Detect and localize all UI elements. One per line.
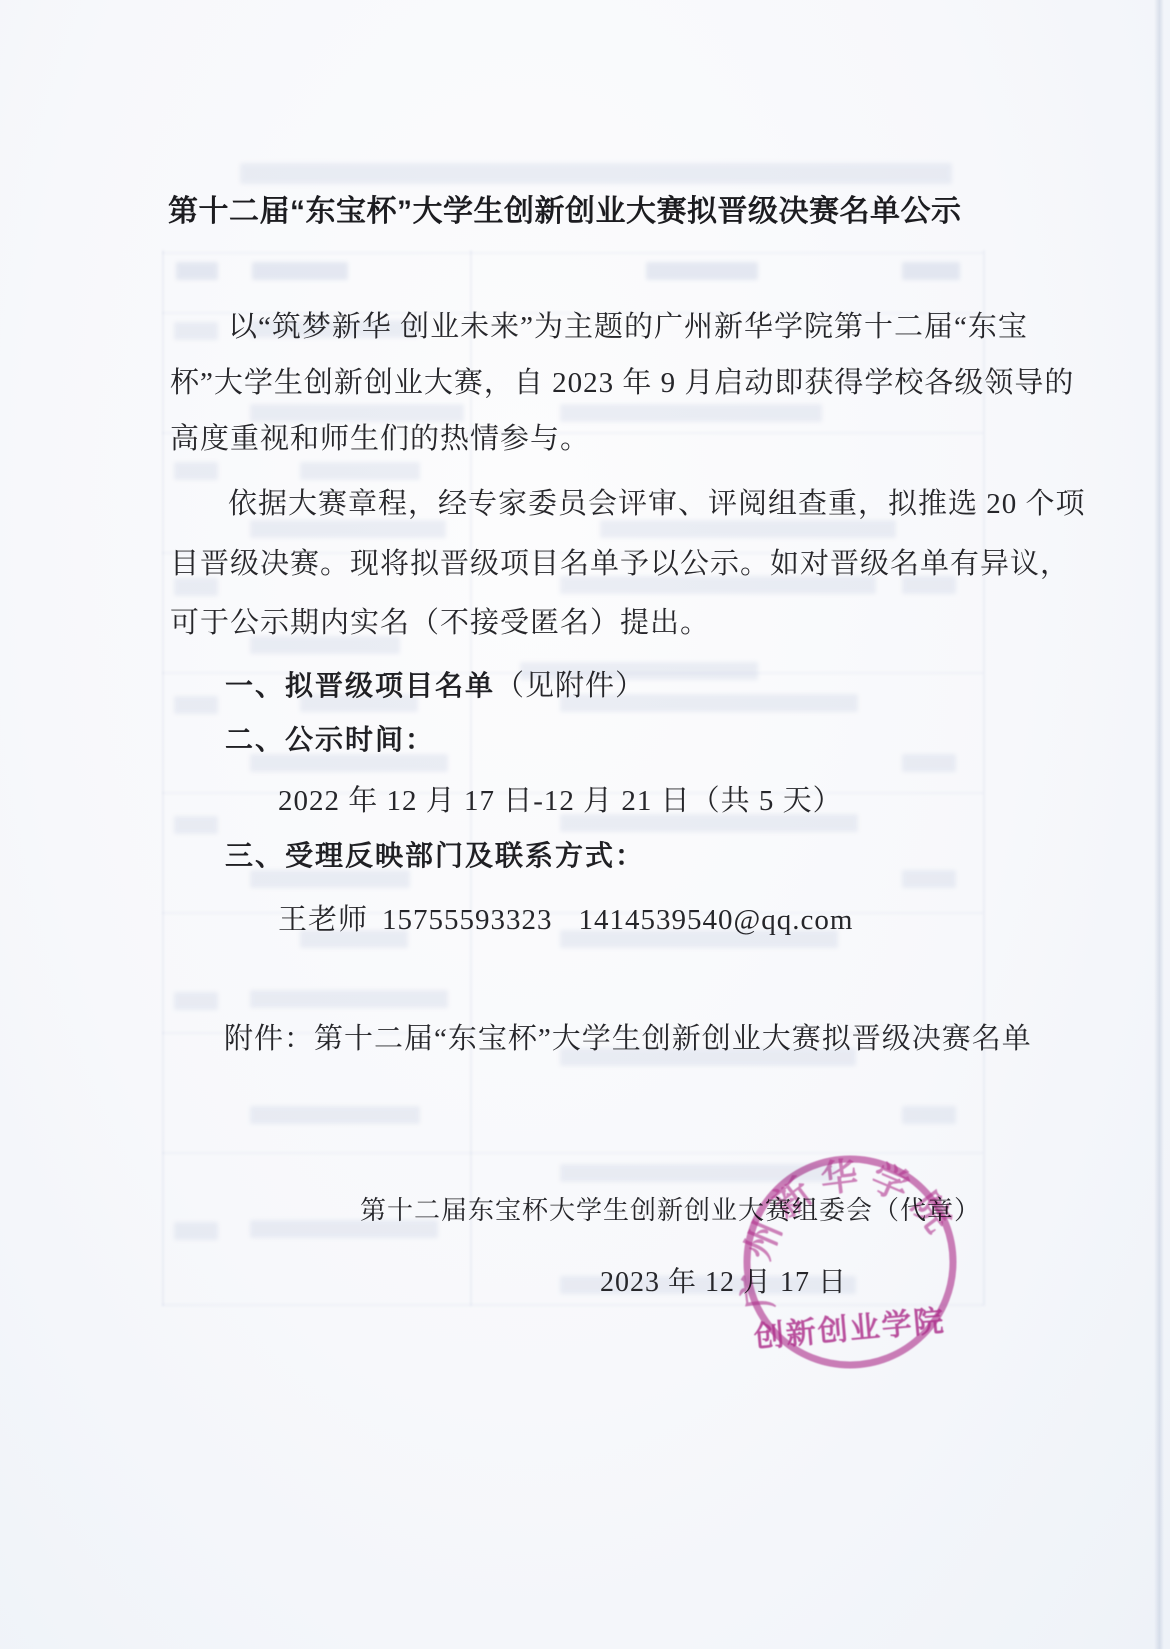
section2-heading: 二、公示时间： bbox=[225, 718, 435, 758]
bleedthrough-text-bar bbox=[174, 1222, 218, 1240]
paragraph1-line3: 高度重视和师生们的热情参与。 bbox=[170, 416, 590, 457]
stamp-arc-text: 广州新华学院 bbox=[735, 1147, 965, 1322]
official-seal-stamp: 广州新华学院 创新创业学院 bbox=[735, 1147, 965, 1377]
section1-heading: 一、拟晋级项目名单 bbox=[225, 670, 495, 701]
bleedthrough-layer bbox=[0, 0, 1170, 1649]
paragraph2-line3: 可于公示期内实名（不接受匿名）提出。 bbox=[170, 600, 710, 641]
contact-name: 王老师 bbox=[278, 904, 368, 936]
section3-contact-line: 王老师157555933231414539540@qq.com bbox=[278, 897, 853, 938]
page-edge-shadow bbox=[1154, 0, 1164, 1649]
bleedthrough-text-bar bbox=[300, 462, 420, 480]
paragraph2-line2: 目晋级决赛。现将拟晋级项目名单予以公示。如对晋级名单有异议， bbox=[170, 541, 1070, 582]
document-title: 第十二届“东宝杯”大学生创新创业大赛拟晋级决赛名单公示 bbox=[168, 186, 962, 230]
bleedthrough-text-bar bbox=[560, 404, 822, 422]
bleedthrough-table-line bbox=[162, 252, 983, 254]
paragraph1-line1: 以“筑梦新华 创业未来”为主题的广州新华学院第十二届“东宝 bbox=[228, 304, 1028, 345]
bleedthrough-text-bar bbox=[250, 990, 448, 1008]
bleedthrough-table-line bbox=[162, 250, 164, 1306]
section1-line: 一、拟晋级项目名单（见附件） bbox=[225, 663, 645, 704]
bleedthrough-title-bar bbox=[240, 163, 952, 184]
section3-heading: 三、受理反映部门及联系方式： bbox=[225, 834, 645, 874]
contact-phone: 15755593323 bbox=[382, 904, 553, 936]
section1-note: （见附件） bbox=[495, 670, 645, 702]
paragraph1-line2: 杯”大学生创新创业大赛，自 2023 年 9 月启动即获得学校各级领导的 bbox=[170, 360, 1074, 401]
attachment-note: 附件：第十二届“东宝杯”大学生创新创业大赛拟晋级决赛名单 bbox=[224, 1016, 1032, 1057]
bleedthrough-text-bar bbox=[174, 462, 218, 480]
bleedthrough-text-bar bbox=[646, 262, 758, 280]
bleedthrough-text-bar bbox=[174, 816, 218, 834]
bleedthrough-text-bar bbox=[250, 520, 446, 538]
bleedthrough-text-bar bbox=[250, 1106, 420, 1124]
bleedthrough-text-bar bbox=[902, 1106, 956, 1124]
bleedthrough-text-bar bbox=[176, 262, 218, 280]
contact-email: 1414539540@qq.com bbox=[579, 904, 854, 936]
bleedthrough-table-line bbox=[983, 250, 985, 1306]
bleedthrough-text-bar bbox=[902, 870, 956, 888]
stamp-arc-text-group: 广州新华学院 bbox=[735, 1147, 965, 1322]
bleedthrough-text-bar bbox=[174, 322, 218, 340]
bleedthrough-text-bar bbox=[902, 754, 956, 772]
bleedthrough-text-bar bbox=[174, 992, 218, 1010]
stamp-bottom-text: 创新创业学院 bbox=[752, 1305, 947, 1355]
section2-value: 2022 年 12 月 17 日-12 月 21 日（共 5 天） bbox=[278, 778, 843, 819]
bleedthrough-text-bar bbox=[600, 520, 896, 538]
bleedthrough-text-bar bbox=[174, 696, 218, 714]
scanned-document-page: 第十二届“东宝杯”大学生创新创业大赛拟晋级决赛名单公示 以“筑梦新华 创业未来”… bbox=[0, 0, 1170, 1649]
bleedthrough-text-bar bbox=[902, 262, 960, 280]
bleedthrough-text-bar bbox=[252, 262, 348, 280]
paragraph2-line1: 依据大赛章程，经专家委员会评审、评阅组查重，拟推选 20 个项 bbox=[228, 481, 1086, 522]
